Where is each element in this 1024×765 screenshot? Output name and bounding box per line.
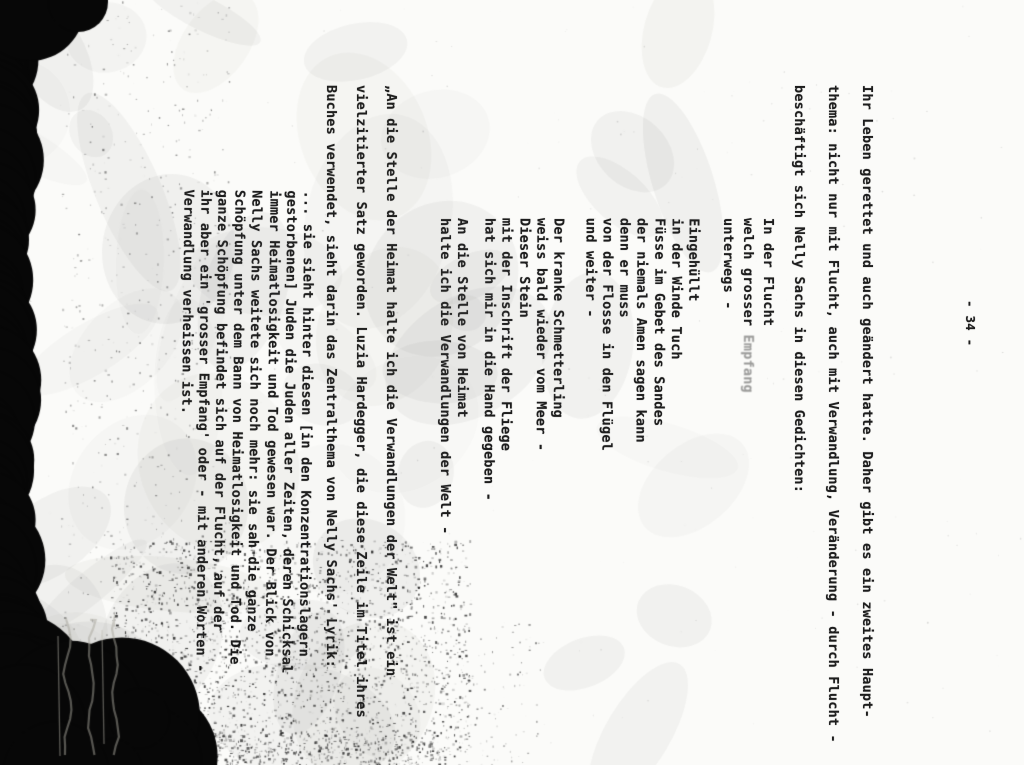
scanned-document-image: - 34 - Ihr Leben gerettet und auch geänd… [0, 0, 1024, 765]
scan-noise-overlay [0, 0, 1024, 765]
